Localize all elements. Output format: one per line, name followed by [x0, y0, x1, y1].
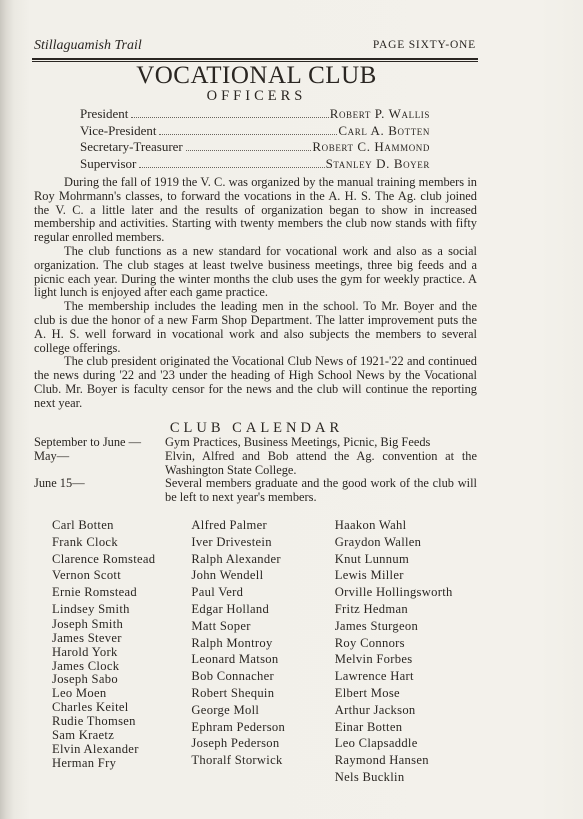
calendar-event: Gym Practices, Business Meetings, Picnic…: [165, 436, 477, 450]
member-name: Joseph Pederson: [191, 735, 334, 752]
member-name: Elbert Mose: [335, 685, 482, 702]
member-name: Orville Hollingsworth: [335, 584, 482, 601]
dot-leader: [139, 167, 324, 168]
member-name: Ephram Pederson: [191, 719, 334, 736]
calendar-entry: June 15— Several members graduate and th…: [34, 477, 477, 505]
member-name: Herman Fry: [52, 757, 191, 771]
member-column-1: Carl BottenFrank ClockClarence RomsteadV…: [52, 517, 191, 786]
member-name: James Stever: [52, 632, 191, 646]
officers-heading: OFFICERS: [0, 88, 583, 105]
dot-leader: [159, 134, 337, 135]
member-name: Leonard Matson: [191, 651, 334, 668]
header-rule: [32, 58, 478, 60]
member-name: Frank Clock: [52, 534, 191, 551]
page-title-text: VOCATIONAL CLUB: [136, 62, 377, 90]
calendar-date: September to June —: [34, 436, 165, 450]
calendar-date: June 15—: [34, 477, 165, 505]
calendar-event: Several members graduate and the good wo…: [165, 477, 477, 505]
officer-role: Vice-President: [80, 123, 156, 139]
paragraph: During the fall of 1919 the V. C. was or…: [34, 176, 477, 245]
member-name: Joseph Sabo: [52, 673, 191, 687]
member-name: Elvin Alexander: [52, 743, 191, 757]
paragraph: The club president originated the Vocati…: [34, 355, 477, 410]
club-calendar: September to June — Gym Practices, Busin…: [34, 436, 477, 505]
member-name: Knut Lunnum: [335, 551, 482, 568]
member-name: Lawrence Hart: [335, 668, 482, 685]
member-column-3: Haakon WahlGraydon WallenKnut LunnumLewi…: [335, 517, 482, 786]
member-name: James Clock: [52, 660, 191, 674]
member-name: Nels Bucklin: [335, 769, 482, 786]
member-name: John Wendell: [191, 567, 334, 584]
calendar-entry: September to June — Gym Practices, Busin…: [34, 436, 477, 450]
member-name: Charles Keitel: [52, 701, 191, 715]
officer-row: Supervisor Stanley D. Boyer: [80, 156, 430, 173]
calendar-date: May—: [34, 450, 165, 478]
member-name: Melvin Forbes: [335, 651, 482, 668]
member-name: Bob Connacher: [191, 668, 334, 685]
member-name: Carl Botten: [52, 517, 191, 534]
member-name: Vernon Scott: [52, 567, 191, 584]
member-name: Haakon Wahl: [335, 517, 482, 534]
member-name: Robert Shequin: [191, 685, 334, 702]
member-name: Lewis Miller: [335, 567, 482, 584]
member-name: Einar Botten: [335, 719, 482, 736]
member-name: Paul Verd: [191, 584, 334, 601]
member-name: Joseph Smith: [52, 618, 191, 632]
officer-role: Secretary-Treasurer: [80, 139, 183, 155]
member-roster: Carl BottenFrank ClockClarence RomsteadV…: [52, 517, 482, 786]
member-name: George Moll: [191, 702, 334, 719]
member-name: Leo Moen: [52, 687, 191, 701]
running-title: Stillaguamish Trail: [34, 38, 142, 54]
officer-row: Secretary-Treasurer Robert C. Hammond: [80, 139, 430, 156]
member-name: Ralph Montroy: [191, 635, 334, 652]
paragraph: The club functions as a new standard for…: [34, 245, 477, 300]
member-name: Raymond Hansen: [335, 752, 482, 769]
officers-list: President Robert P. Wallis Vice-Presiden…: [80, 106, 430, 172]
officer-name: Robert P. Wallis: [330, 106, 430, 122]
officer-name: Robert C. Hammond: [312, 139, 430, 155]
member-name: Clarence Romstead: [52, 551, 191, 568]
member-name: Lindsey Smith: [52, 601, 191, 618]
paragraph: The membership includes the leading men …: [34, 300, 477, 355]
page-title: VOCATIONAL CLUB: [0, 62, 583, 90]
member-name: Rudie Thomsen: [52, 715, 191, 729]
member-name: Thoralf Storwick: [191, 752, 334, 769]
officer-name: Carl A. Botten: [338, 123, 430, 139]
club-description: During the fall of 1919 the V. C. was or…: [34, 176, 477, 411]
officers-heading-text: OFFICERS: [207, 88, 307, 105]
member-name: Fritz Hedman: [335, 601, 482, 618]
member-name: Ralph Alexander: [191, 551, 334, 568]
member-name: Iver Drivestein: [191, 534, 334, 551]
member-name: Edgar Holland: [191, 601, 334, 618]
dot-leader: [131, 117, 328, 118]
member-column-2: Alfred PalmerIver DrivesteinRalph Alexan…: [191, 517, 334, 786]
yearbook-page: Stillaguamish Trail PAGE SIXTY-ONE VOCAT…: [0, 0, 583, 819]
officer-role: Supervisor: [80, 156, 136, 172]
member-name: Arthur Jackson: [335, 702, 482, 719]
page-number: PAGE SIXTY-ONE: [373, 39, 476, 51]
member-name: Leo Clapsaddle: [335, 735, 482, 752]
officer-row: Vice-President Carl A. Botten: [80, 123, 430, 140]
calendar-event: Elvin, Alfred and Bob attend the Ag. con…: [165, 450, 477, 478]
calendar-entry: May— Elvin, Alfred and Bob attend the Ag…: [34, 450, 477, 478]
member-name: Roy Connors: [335, 635, 482, 652]
dot-leader: [186, 150, 312, 151]
officer-name: Stanley D. Boyer: [326, 156, 430, 172]
member-name: Sam Kraetz: [52, 729, 191, 743]
officer-role: President: [80, 106, 128, 122]
member-name: James Sturgeon: [335, 618, 482, 635]
member-name: Harold York: [52, 646, 191, 660]
member-name: Graydon Wallen: [335, 534, 482, 551]
officer-row: President Robert P. Wallis: [80, 106, 430, 123]
member-name: Ernie Romstead: [52, 584, 191, 601]
member-name: Alfred Palmer: [191, 517, 334, 534]
member-name: Matt Soper: [191, 618, 334, 635]
page-header: Stillaguamish Trail PAGE SIXTY-ONE: [34, 38, 476, 58]
